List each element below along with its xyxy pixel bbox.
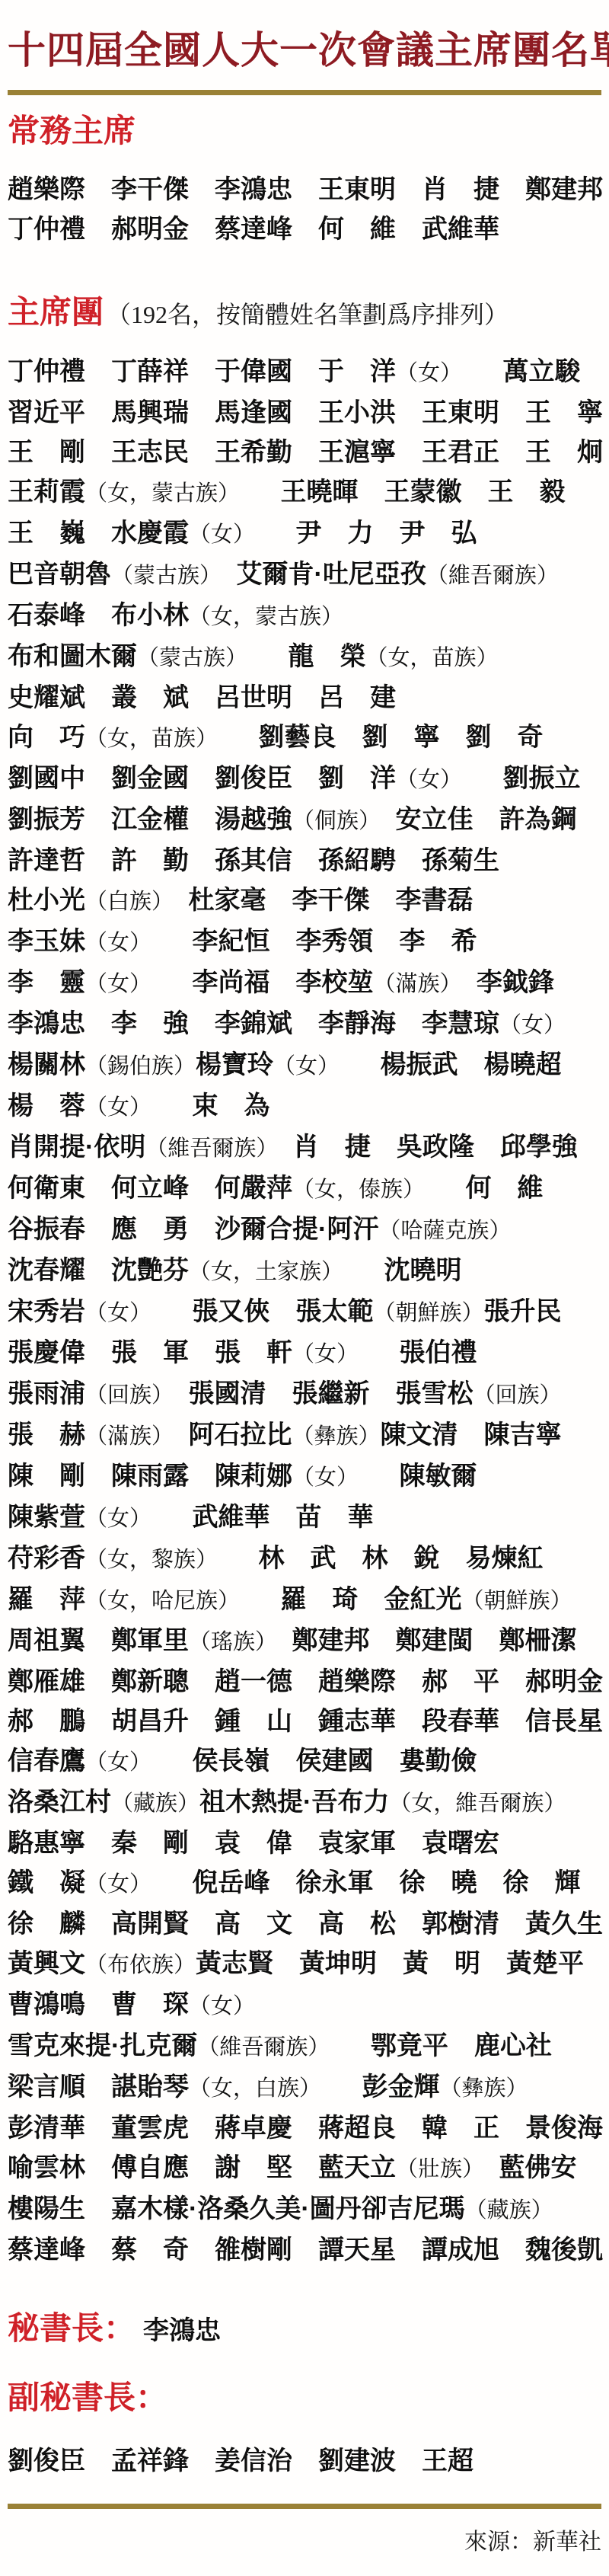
name-row: 劉俊臣 孟祥鋒 姜信治 劉建波 王超: [8, 2441, 601, 2481]
name-row: 肖開提·依明（維吾爾族） 肖 捷 吳政隆 邱學強: [8, 1127, 601, 1168]
annotation: （女，土家族）: [189, 1260, 333, 1284]
annotation: （侗族）: [292, 809, 370, 833]
presidium-rows: 丁仲禮 丁薛祥 于偉國 于 洋（女） 萬立駿習近平 馬興瑞 馬逢國 王小洪 王東…: [8, 352, 601, 2270]
annotation: （維吾爾族）: [426, 564, 559, 588]
name-row: 鐵 凝（女） 倪岳峰 徐永軍 徐 曉 徐 輝: [8, 1863, 601, 1904]
annotation: （滿族）: [85, 1424, 163, 1449]
deputy-secretaries-rows: 劉俊臣 孟祥鋒 姜信治 劉建波 王超: [8, 2441, 601, 2481]
name-row: 駱惠寧 秦 剛 袁 偉 袁家軍 袁曙宏: [8, 1823, 601, 1863]
document-page: 十四屆全國人大一次會議主席團名單 常務主席 趙樂際 李干傑 李鴻忠 王東明 肖 …: [0, 0, 609, 2576]
name-row: 趙樂際 李干傑 李鴻忠 王東明 肖 捷 鄭建邦: [8, 170, 601, 209]
annotation: （瑤族）: [189, 1630, 266, 1654]
name-row: 劉國中 劉金國 劉俊臣 劉 洋（女） 劉振立: [8, 759, 601, 800]
annotation: （女，苗族）: [366, 646, 499, 670]
annotation: （滿族）: [374, 972, 451, 996]
name-row: 石泰峰 布小林（女，蒙古族）: [8, 596, 601, 637]
name-row: 宋秀岩（女） 張又俠 張太範（朝鮮族）張升民: [8, 1292, 601, 1333]
name-row: 楊關林（錫伯族）楊寶玲（女） 楊振武 楊曉超: [8, 1045, 601, 1086]
annotation: （女）: [85, 1095, 141, 1120]
name-row: 鄭雁雄 鄭新聰 趙一德 趙樂際 郝 平 郝明金: [8, 1662, 601, 1702]
annotation: （女）: [189, 1994, 255, 2018]
deputy-secretaries-heading: 副秘書長：: [8, 2380, 167, 2415]
annotation: （布依族）: [85, 1953, 196, 1977]
annotation: （維吾爾族）: [197, 2035, 319, 2060]
annotation: （藏族）: [465, 2198, 553, 2223]
bottom-divider: [8, 2504, 601, 2509]
name-row: 信春鷹（女） 侯長嶺 侯建國 婁勤儉: [8, 1741, 601, 1782]
name-row: 巴音朝魯（蒙古族） 艾爾肯·吐尼亞孜（維吾爾族）: [8, 555, 601, 596]
secretary-general-name: 李鴻忠: [143, 2309, 221, 2347]
name-row: 徐 麟 高開賢 高 文 高 松 郭樹清 黃久生: [8, 1904, 601, 1944]
name-row: 張 赫（滿族） 阿石拉比（彝族）陳文清 陳吉寧: [8, 1415, 601, 1456]
name-row: 雪克來提·扎克爾（維吾爾族） 鄂竟平 鹿心社: [8, 2026, 601, 2067]
page-title: 十四屆全國人大一次會議主席團名單: [8, 27, 601, 73]
name-row: 喻雲林 傅自應 謝 堅 藍天立（壯族） 藍佛安: [8, 2148, 601, 2189]
annotation: （女）: [85, 1750, 141, 1775]
annotation: （蒙古族）: [111, 564, 211, 588]
standing-chairs-heading: 常務主席: [8, 113, 136, 149]
name-row: 許達哲 許 勤 孫其信 孫紹騁 孫菊生: [8, 841, 601, 881]
name-row: 周祖翼 鄭軍里（瑤族） 鄭建邦 鄭建閩 鄭柵潔: [8, 1621, 601, 1662]
annotation: （女）: [292, 1342, 348, 1366]
presidium-note: （192名，按簡體姓名筆劃爲序排列）: [107, 296, 509, 331]
presidium-heading: 主席團: [8, 295, 104, 330]
section-standing-chairs: 常務主席 趙樂際 李干傑 李鴻忠 王東明 肖 捷 鄭建邦丁仲禮 郝明金 蔡達峰 …: [8, 113, 601, 249]
name-row: 向 巧（女，苗族） 劉藝良 劉 寧 劉 奇: [8, 718, 601, 759]
annotation: （女）: [189, 523, 244, 547]
name-row: 樓陽生 嘉木樣·洛桑久美·圖丹卻吉尼瑪（藏族）: [8, 2189, 601, 2230]
annotation: （女）: [85, 1507, 141, 1531]
annotation: （女，苗族）: [85, 727, 207, 751]
annotation: （蒙古族）: [137, 646, 237, 670]
name-row: 王 巍 水慶霞（女） 尹 力 尹 弘: [8, 513, 601, 555]
name-row: 王莉霞（女，蒙古族） 王曉暉 王蒙徽 王 毅: [8, 472, 601, 513]
annotation: （女）: [85, 1872, 141, 1897]
name-row: 羅 萍（女，哈尼族） 羅 琦 金紅光（朝鮮族）: [8, 1580, 601, 1621]
annotation: （女）: [396, 768, 451, 792]
name-row: 張雨浦（回族） 張國清 張繼新 張雪松（回族）: [8, 1374, 601, 1415]
annotation: （女，維吾爾族）: [389, 1791, 566, 1816]
name-row: 楊 蓉（女） 束 為: [8, 1086, 601, 1127]
name-row: 杜小光（白族） 杜家毫 李干傑 李書磊: [8, 881, 601, 922]
annotation: （女）: [85, 1301, 141, 1325]
annotation: （回族）: [85, 1383, 163, 1408]
annotation: （女）: [499, 1013, 566, 1037]
annotation: （女）: [273, 1054, 329, 1079]
section-deputy-secretaries: 副秘書長： 劉俊臣 孟祥鋒 姜信治 劉建波 王超: [8, 2380, 601, 2481]
secretary-general-heading: 秘書長：: [8, 2311, 136, 2346]
name-row: 黃興文（布依族）黃志賢 黃坤明 黃 明 黃楚平: [8, 1944, 601, 1985]
standing-chairs-rows: 趙樂際 李干傑 李鴻忠 王東明 肖 捷 鄭建邦丁仲禮 郝明金 蔡達峰 何 維 武…: [8, 170, 601, 249]
annotation: （藏族）: [111, 1791, 199, 1816]
name-row: 丁仲禮 丁薛祥 于偉國 于 洋（女） 萬立駿: [8, 352, 601, 393]
name-row: 陳 剛 陳雨露 陳莉娜（女） 陳敏爾: [8, 1456, 601, 1497]
annotation: （女，蒙古族）: [85, 481, 229, 506]
name-row: 苻彩香（女，黎族） 林 武 林 銳 易煉紅: [8, 1539, 601, 1580]
name-row: 陳紫萱（女） 武維華 苗 華: [8, 1497, 601, 1539]
annotation: （女）: [292, 1465, 348, 1490]
name-row: 彭清華 董雲虎 蔣卓慶 蔣超良 韓 正 景俊海: [8, 2108, 601, 2148]
source-attribution: 來源：新華社: [8, 2523, 601, 2556]
name-row: 丁仲禮 郝明金 蔡達峰 何 維 武維華: [8, 209, 601, 249]
annotation: （錫伯族）: [85, 1054, 196, 1079]
annotation: （壯族）: [396, 2157, 473, 2181]
annotation: （維吾爾族）: [145, 1136, 267, 1161]
name-row: 王 剛 王志民 王希勤 王滬寧 王君正 王 炯: [8, 433, 601, 472]
annotation: （女，傣族）: [292, 1178, 414, 1202]
annotation: （白族）: [85, 890, 163, 914]
annotation: （哈薩克族）: [378, 1219, 511, 1243]
name-row: 何衛東 何立峰 何嚴萍（女，傣族） 何 維: [8, 1168, 601, 1210]
annotation: （女，蒙古族）: [189, 605, 343, 629]
name-row: 蔡達峰 蔡 奇 雒樹剛 譚天星 譚成旭 魏後凱: [8, 2230, 601, 2270]
name-row: 劉振芳 江金權 湯越強（侗族） 安立佳 許為鋼: [8, 800, 601, 841]
top-divider: [8, 90, 601, 95]
annotation: （朝鮮族）: [374, 1301, 484, 1325]
name-row: 洛桑江村（藏族）祖木熱提·吾布力（女，維吾爾族）: [8, 1782, 601, 1823]
annotation: （女）: [85, 931, 141, 955]
name-row: 李 靈（女） 李尚福 李校堃（滿族） 李鉞鋒: [8, 963, 601, 1004]
name-row: 曹鴻鳴 曹 琛（女）: [8, 1985, 601, 2026]
name-row: 李玉妹（女） 李紀恒 李秀領 李 希: [8, 922, 601, 963]
name-row: 布和圖木爾（蒙古族） 龍 榮（女，苗族）: [8, 637, 601, 678]
name-row: 梁言順 諶貽琴（女，白族） 彭金輝（彝族）: [8, 2067, 601, 2108]
annotation: （女，白族）: [189, 2076, 311, 2101]
name-row: 谷振春 應 勇 沙爾合提·阿汗（哈薩克族）: [8, 1210, 601, 1251]
annotation: （女）: [85, 972, 141, 996]
name-row: 郝 鵬 胡昌升 鍾 山 鍾志華 段春華 信長星: [8, 1702, 601, 1741]
name-row: 李鴻忠 李 強 李錦斌 李靜海 李慧琼（女）: [8, 1004, 601, 1045]
name-row: 習近平 馬興瑞 馬逢國 王小洪 王東明 王 寧: [8, 393, 601, 433]
annotation: （回族）: [473, 1383, 562, 1408]
name-row: 張慶偉 張 軍 張 軒（女） 張伯禮: [8, 1333, 601, 1374]
annotation: （女，黎族）: [85, 1548, 207, 1572]
name-row: 沈春耀 沈艷芬（女，土家族） 沈曉明: [8, 1251, 601, 1292]
annotation: （彝族）: [292, 1424, 381, 1449]
section-presidium: 主席團 （192名，按簡體姓名筆劃爲序排列） 丁仲禮 丁薛祥 于偉國 于 洋（女…: [8, 295, 601, 2270]
annotation: （女）: [396, 361, 451, 385]
name-row: 史耀斌 叢 斌 呂世明 呂 建: [8, 678, 601, 718]
annotation: （女，哈尼族）: [85, 1589, 229, 1613]
annotation: （朝鮮族）: [462, 1589, 572, 1613]
annotation: （彝族）: [440, 2076, 528, 2101]
section-secretary-general: 秘書長： 李鴻忠: [8, 2309, 601, 2347]
